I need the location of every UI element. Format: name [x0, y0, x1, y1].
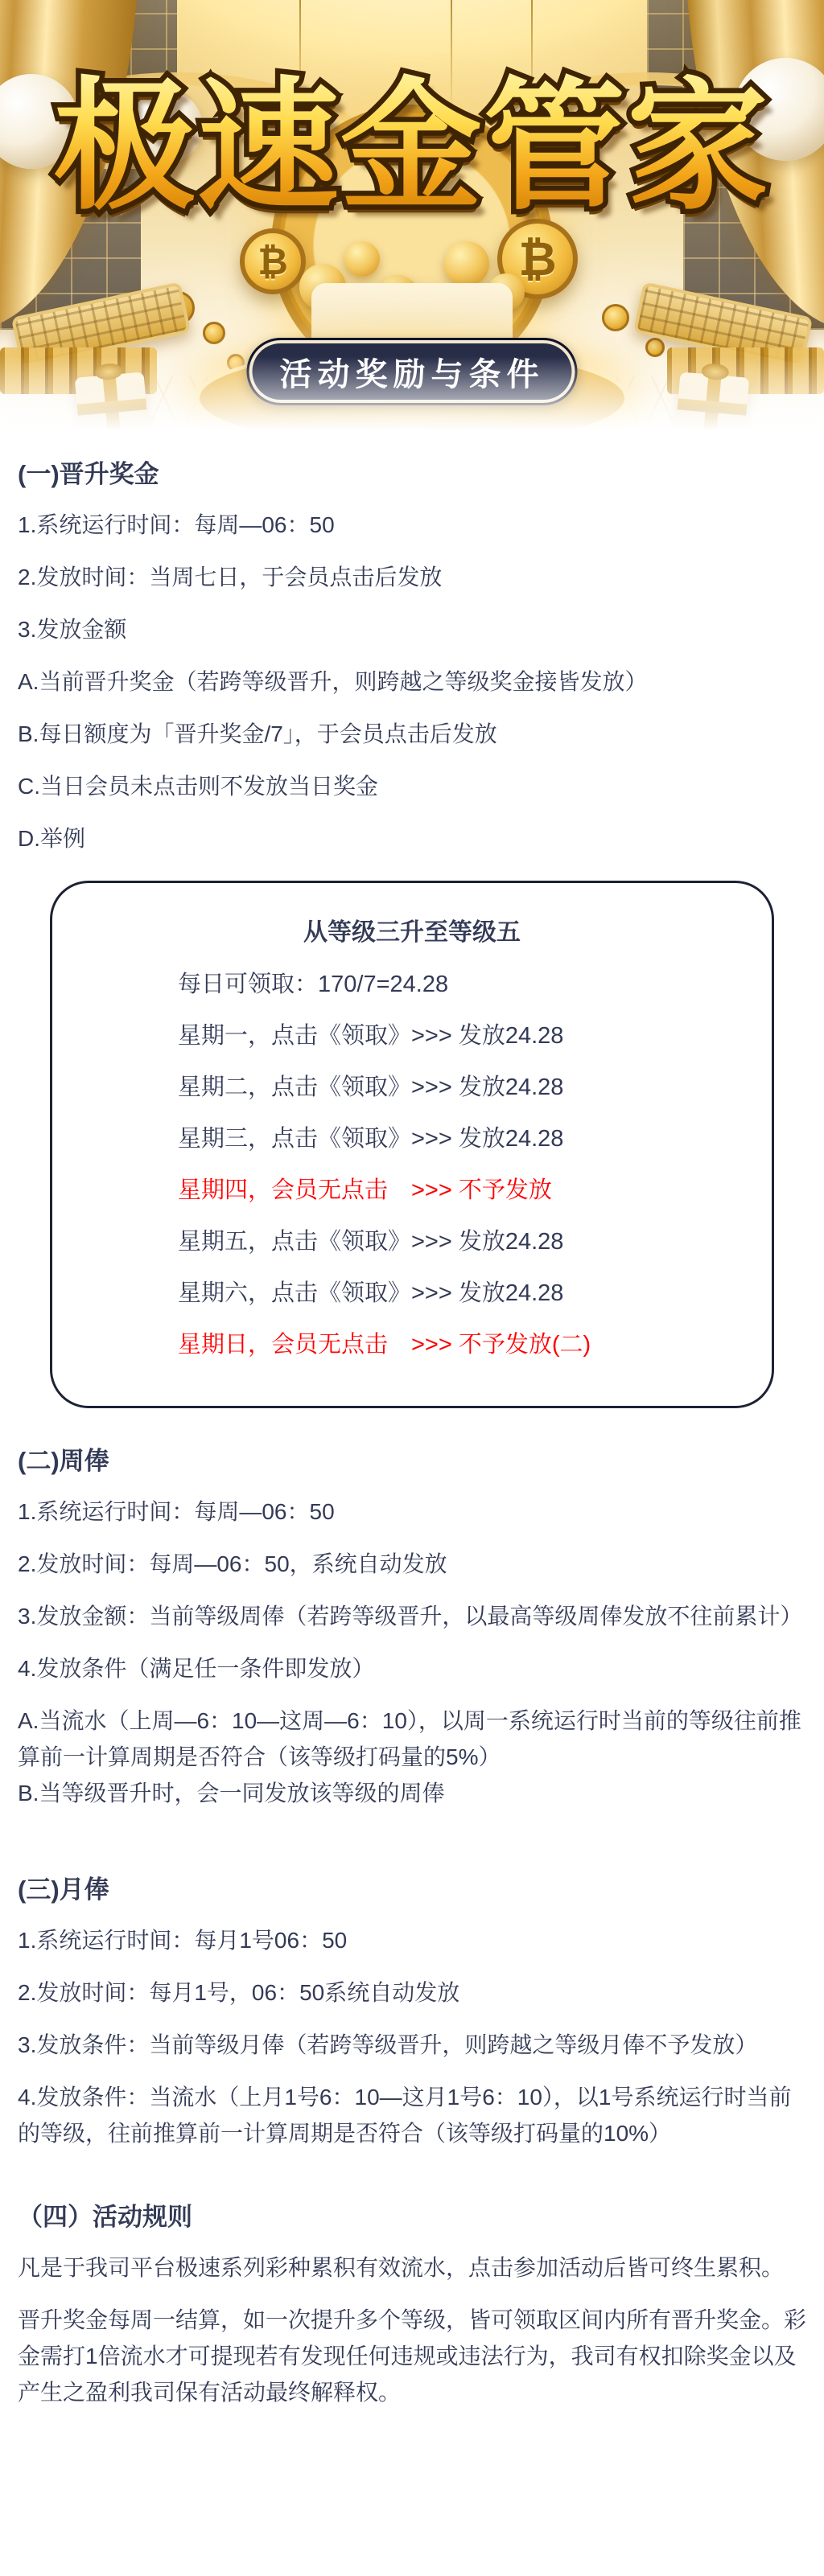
rule-paragraph: A.当流水（上周—6：10—这周—6：10），以周一系统运行时当前的等级往前推算… [18, 1703, 806, 1811]
example-line: 星期二，点击《领取》>>> 发放24.28 [178, 1071, 740, 1103]
rule-paragraph: 凡是于我司平台极速系列彩种累积有效流水，点击参加活动后皆可终生累积。 [18, 2249, 806, 2286]
example-line-no-payout: 星期四，会员无点击 >>> 不予发放 [178, 1174, 740, 1206]
promo-banner: ₿ ₿ ✦ ✦ ✦ ✦ 极速金管 [0, 0, 824, 441]
promo-page: ₿ ₿ ✦ ✦ ✦ ✦ 极速金管 [0, 0, 824, 2507]
banner-title: 极速金管家 极速金管家 [0, 69, 824, 254]
example-line: 星期五，点击《领取》>>> 发放24.28 [178, 1226, 740, 1258]
banner-fade [0, 356, 824, 441]
rule-paragraph: 4.发放条件（满足任一条件即发放） [18, 1650, 806, 1687]
rule-paragraph: 2.发放时间：当周七日，于会员点击后发放 [18, 559, 806, 595]
rule-paragraph: B.每日额度为「晋升奖金/7」，于会员点击后发放 [18, 716, 806, 752]
example-line: 每日可领取：170/7=24.28 [178, 968, 740, 1000]
example-line-no-payout: 星期日，会员无点击 >>> 不予发放(二) [178, 1329, 740, 1361]
rule-paragraph: 晋升奖金每周一结算，如一次提升多个等级，皆可领取区间内所有晋升奖金。彩金需打1倍… [18, 2302, 806, 2410]
banner-title-text: 极速金管家 [0, 69, 824, 225]
example-box-title: 从等级三升至等级五 [84, 917, 740, 949]
rule-paragraph: 1.系统运行时间：每周—06：50 [18, 1493, 806, 1530]
example-line: 星期三，点击《领取》>>> 发放24.28 [178, 1123, 740, 1155]
rule-paragraph: 2.发放时间：每周—06：50，系统自动发放 [18, 1546, 806, 1582]
example-line: 星期一，点击《领取》>>> 发放24.28 [178, 1020, 740, 1052]
section-heading-activity-rules: （四）活动规则 [18, 2201, 806, 2233]
rule-paragraph: D.举例 [18, 820, 806, 857]
rule-paragraph: 1.系统运行时间：每周—06：50 [18, 507, 806, 543]
gold-coin-icon [203, 322, 225, 344]
rule-paragraph: 2.发放时间：每月1号，06：50系统自动发放 [18, 1974, 806, 2011]
rule-paragraph: A.当前晋升奖金（若跨等级晋升，则跨越之等级奖金接皆发放） [18, 664, 806, 700]
section-heading-monthly-salary: (三)月俸 [18, 1874, 806, 1906]
example-line: 星期六，点击《领取》>>> 发放24.28 [178, 1277, 740, 1309]
rule-paragraph: 3.发放金额 [18, 611, 806, 647]
rule-paragraph: 3.发放条件：当前等级月俸（若跨等级晋升，则跨越之等级月俸不予发放） [18, 2027, 806, 2063]
rule-paragraph: 3.发放金额：当前等级周俸（若跨等级晋升，以最高等级周俸发放不往前累计） [18, 1598, 806, 1634]
section-heading-weekly-salary: (二)周俸 [18, 1445, 806, 1477]
gold-coin-icon [602, 304, 629, 331]
example-box: 从等级三升至等级五 每日可领取：170/7=24.28 星期一，点击《领取》>>… [50, 881, 774, 1408]
rule-paragraph: 4.发放条件：当流水（上月1号6：10—这月1号6：10），以1号系统运行时当前… [18, 2079, 806, 2151]
rules-content: (一)晋升奖金 1.系统运行时间：每周—06：50 2.发放时间：当周七日，于会… [0, 441, 824, 2507]
gold-coin-icon [645, 338, 665, 357]
section-heading-promotion-bonus: (一)晋升奖金 [18, 458, 806, 491]
rule-paragraph: C.当日会员未点击则不发放当日奖金 [18, 768, 806, 804]
rule-paragraph: 1.系统运行时间：每月1号06：50 [18, 1922, 806, 1958]
